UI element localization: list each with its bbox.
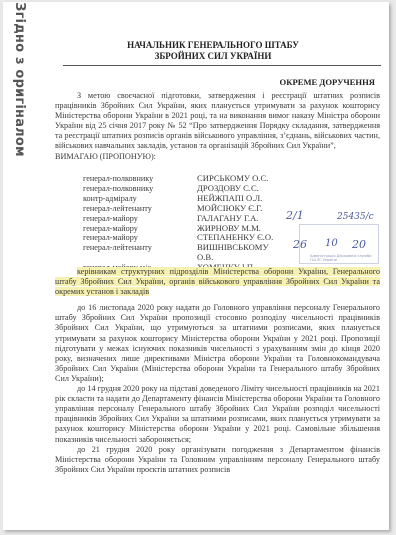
certified-copy-text: Згідно з оригіналом bbox=[12, 2, 27, 157]
demand-line: ВИМАГАЮ (ПРОПОНУЮ): bbox=[55, 152, 380, 162]
recipient-rank: генерал-полковнику bbox=[83, 184, 197, 194]
instruction-item-2: до 14 грудня 2020 року на підставі довед… bbox=[55, 384, 380, 445]
certified-copy-stamp: Згідно з оригіналом bbox=[9, 12, 29, 147]
recipient-rank: генерал-лейтенанту bbox=[83, 204, 197, 214]
document-header: НАЧАЛЬНИК ГЕНЕРАЛЬНОГО ШТАБУ ЗБРОЙНИХ СИ… bbox=[43, 40, 383, 62]
recipient-rank: генерал-майору bbox=[83, 214, 197, 224]
registration-stamp: Адміністрація Державної служби ГШ ЗС Укр… bbox=[299, 224, 379, 264]
recipient-rank: контр-адміралу bbox=[83, 194, 197, 204]
handwritten-date-day: 26 bbox=[293, 238, 307, 251]
handwritten-date-month: 10 bbox=[325, 238, 338, 249]
instruction-item-1: до 16 листопада 2020 року надати до Голо… bbox=[55, 303, 380, 384]
recipient-rank: генерал-майору bbox=[83, 224, 197, 234]
heads-paragraph: керівникам структурних підрозділів Мініс… bbox=[55, 267, 380, 297]
instructions-block: керівникам структурних підрозділів Мініс… bbox=[55, 267, 380, 475]
instruction-item-3: до 21 грудня 2020 року організувати пого… bbox=[55, 445, 380, 475]
recipient-name: ВИШНІВСЬКОМУ О.В. bbox=[197, 243, 283, 263]
recipient-rank: генерал-лейтенанту bbox=[83, 243, 197, 263]
recipient-rank: генерал-полковнику bbox=[83, 174, 197, 184]
heads-text: керівникам структурних підрозділів Мініс… bbox=[55, 267, 380, 296]
intro-block: З метою своєчасної підготовки, затвердже… bbox=[55, 91, 380, 162]
header-divider bbox=[63, 65, 381, 66]
handwritten-reg-number: 25435/с bbox=[337, 212, 374, 222]
intro-paragraph: З метою своєчасної підготовки, затвердже… bbox=[55, 91, 380, 152]
handwritten-date-year: 20 bbox=[352, 238, 366, 251]
header-line-1: НАЧАЛЬНИК ГЕНЕРАЛЬНОГО ШТАБУ bbox=[43, 40, 383, 51]
recipients-list: генерал-полковнику СИРСЬКОМУ О.С. генера… bbox=[83, 174, 283, 273]
recipient-row: генерал-лейтенанту ВИШНІВСЬКОМУ О.В. bbox=[83, 243, 283, 263]
document-title: ОКРЕМЕ ДОРУЧЕННЯ bbox=[280, 77, 375, 87]
recipient-rank: генерал-майору bbox=[83, 233, 197, 243]
header-line-2: ЗБРОЙНИХ СИЛ УКРАЇНИ bbox=[43, 51, 383, 62]
registration-stamp-label: Адміністрація Державної служби ГШ ЗС Укр… bbox=[310, 254, 378, 262]
document-page: Згідно з оригіналом НАЧАЛЬНИК ГЕНЕРАЛЬНО… bbox=[3, 2, 389, 530]
handwritten-mark: 2/1 bbox=[286, 209, 304, 222]
